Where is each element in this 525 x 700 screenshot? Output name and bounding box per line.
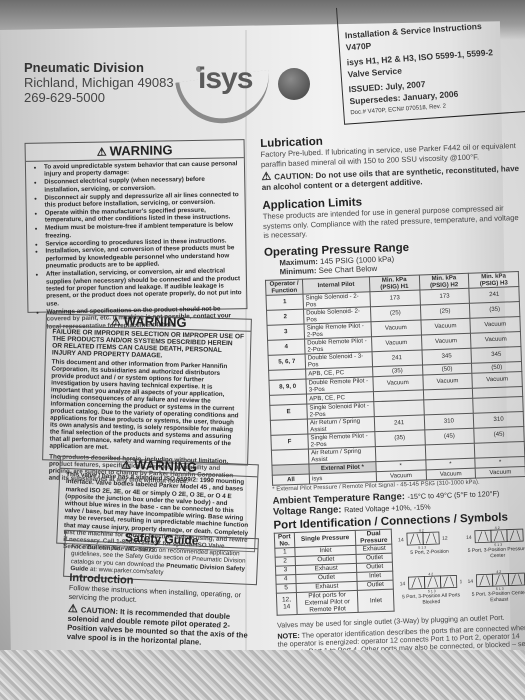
warning-caps-text: Failure or improper selection or imprope… xyxy=(46,326,251,361)
h2-cell: Vacuum xyxy=(420,318,470,335)
valve-schematic-icon: 14124 25 1 3 xyxy=(467,568,525,592)
operator-cell: 8, 9, 0 xyxy=(269,379,307,395)
port-cell: 12, 14 xyxy=(276,592,297,615)
h3-cell: (35) xyxy=(470,301,520,318)
h1-cell: 173 xyxy=(370,290,420,307)
column-header: Min. kPa (PSIG) H3 xyxy=(469,271,519,288)
h3-cell: Vacuum xyxy=(475,466,525,478)
pressure-table: Operator / Function Internal Pilot Min. … xyxy=(265,271,525,486)
caution-triangle-icon: ⚠ xyxy=(261,173,271,183)
ports-section: Port No. Single Pressure Dual Pressure 1… xyxy=(274,523,525,615)
h1-cell xyxy=(375,444,425,461)
valve-schematic-icon: 14124 25 1 3 xyxy=(398,526,461,550)
svg-text:14: 14 xyxy=(400,581,406,587)
svg-text:14: 14 xyxy=(466,534,472,540)
h1-cell: Vacuum xyxy=(371,320,421,337)
h3-cell: Vacuum xyxy=(471,331,521,348)
h1-cell: 241 xyxy=(372,349,422,366)
port-table: Port No. Single Pressure Dual Pressure 1… xyxy=(274,528,395,615)
warning-list: To avoid unpredictable system behavior t… xyxy=(36,160,243,330)
h1-cell: 241 xyxy=(374,414,424,431)
warning-item: After installation, servicing, or conver… xyxy=(46,267,243,307)
operator-cell: 1 xyxy=(266,294,304,310)
warning-box-general: ⚠WARNING To avoid unpredictable system b… xyxy=(25,139,248,313)
description-cell: isys xyxy=(309,471,376,483)
h1-cell: (35) xyxy=(375,429,425,446)
caution-triangle-icon: ⚠ xyxy=(68,605,78,614)
h2-cell: (45) xyxy=(424,428,474,445)
h1-cell xyxy=(374,399,424,416)
column-header: Operator / Function xyxy=(265,279,303,295)
svg-text:4 2: 4 2 xyxy=(496,570,501,574)
svg-text:4 2: 4 2 xyxy=(419,528,424,532)
column-header: Min. kPa (PSIG) H2 xyxy=(419,273,469,290)
valve-schematic-icon: 14124 25 1 3 xyxy=(466,523,525,547)
symbol-caption: 5 Port, 2-Position xyxy=(398,548,460,556)
operator-cell: E xyxy=(270,404,308,420)
h3-cell: (45) xyxy=(474,426,524,443)
h2-cell: 173 xyxy=(419,288,469,305)
operator-cell xyxy=(271,449,309,465)
h3-cell: Vacuum xyxy=(472,371,522,388)
operator-cell: F xyxy=(271,434,309,450)
warning-triangle-icon: ⚠ xyxy=(111,319,121,326)
h1-cell: Vacuum xyxy=(371,335,421,352)
column-header: Dual Pressure xyxy=(356,529,392,545)
valve-symbol: 14124 25 1 35 Port, 3-Position Center Ex… xyxy=(467,568,525,609)
h2-cell xyxy=(423,398,473,415)
company-address: Pneumatic Division Richland, Michigan 49… xyxy=(24,60,174,105)
h2-cell xyxy=(425,443,475,460)
warning-triangle-icon: ⚠ xyxy=(121,462,131,470)
h3-cell: 241 xyxy=(469,286,519,303)
symbol-caption: 5 Port, 3-Position Pressure Center xyxy=(466,545,525,559)
valve-symbol: 14124 25 1 35 Port, 2-Position xyxy=(398,526,461,567)
valve-symbol: 14124 25 1 35 Port, 3-Position Pressure … xyxy=(466,523,525,564)
column-header: Min. kPa (PSIG) H1 xyxy=(369,275,419,292)
svg-text:4 2: 4 2 xyxy=(428,572,433,576)
svg-text:14: 14 xyxy=(468,579,474,585)
h2-cell: Vacuum xyxy=(421,333,471,350)
isys-logo: isys xyxy=(176,58,306,118)
lubrication-caution: ⚠CAUTION: Do not use oils that are synth… xyxy=(261,164,520,192)
h3-cell xyxy=(475,441,525,458)
operator-cell: 5, 6, 7 xyxy=(268,354,306,370)
h1-cell: Vacuum xyxy=(376,469,426,481)
warning-body: This document and other information from… xyxy=(43,356,249,456)
valve-symbols: 14124 25 1 35 Port, 2-Position14124 25 1… xyxy=(398,523,525,610)
division-name: Pneumatic Division xyxy=(24,60,174,75)
operating-pressure-section: Operating Pressure Range Maximum: 145 PS… xyxy=(264,237,525,492)
h2-cell: Vacuum xyxy=(426,468,476,480)
bubble-wrap-background xyxy=(0,650,525,700)
logo-text: isys xyxy=(198,62,252,96)
svg-text:14: 14 xyxy=(398,537,404,543)
warning-title: ⚠WARNING xyxy=(26,140,244,162)
operator-cell xyxy=(270,419,308,435)
operator-cell: All xyxy=(272,473,309,484)
phone: 269-629-5000 xyxy=(24,90,174,105)
single-pressure-cell: Pilot ports for External Pilot or Remote… xyxy=(296,590,358,614)
operator-cell: 3 xyxy=(267,324,305,340)
valve-schematic-icon: 14124 25 1 3 xyxy=(399,570,462,594)
svg-text:12: 12 xyxy=(460,579,462,585)
symbol-caption: 5 Port, 3-Position Center Exhaust xyxy=(468,590,525,604)
city: Richland, Michigan 49083 xyxy=(24,75,174,90)
h2-cell: 310 xyxy=(424,413,474,430)
dual-pressure-cell: Inlet xyxy=(358,589,394,612)
h3-cell: Vacuum xyxy=(470,316,520,333)
svg-text:12: 12 xyxy=(442,535,448,541)
h2-cell: 345 xyxy=(421,348,471,365)
h3-cell: 310 xyxy=(473,411,523,428)
h1-cell: Vacuum xyxy=(373,374,423,391)
operator-cell: 2 xyxy=(267,309,305,325)
h3-cell xyxy=(473,396,523,413)
h3-cell: 345 xyxy=(471,346,521,363)
document-info-box: Installation & Service Instructions V470… xyxy=(336,0,525,125)
column-header: Port No. xyxy=(274,532,294,548)
operator-cell: 4 xyxy=(268,339,306,355)
valve-symbol: 14124 25 1 35 Port, 3-Position All Ports… xyxy=(399,570,462,611)
warning-box-selection: ⚠WARNING Failure or improper selection o… xyxy=(42,313,252,465)
symbol-caption: 5 Port, 3-Position All Ports Blocked xyxy=(400,592,462,606)
h2-cell: (25) xyxy=(420,303,470,320)
globe-icon xyxy=(278,68,310,100)
right-column: Lubrication Factory Pre-lubed. If lubric… xyxy=(260,129,525,693)
warning-item: Installation, service, and conversion of… xyxy=(45,245,241,271)
svg-text:4 2: 4 2 xyxy=(495,525,500,529)
h1-cell: (25) xyxy=(370,305,420,322)
introduction-section: Introduction Follow these instructions w… xyxy=(67,574,260,649)
h2-cell: Vacuum xyxy=(422,373,472,390)
warning-triangle-icon: ⚠ xyxy=(97,146,107,159)
table-row: 12, 14Pilot ports for External Pilot or … xyxy=(276,589,394,615)
